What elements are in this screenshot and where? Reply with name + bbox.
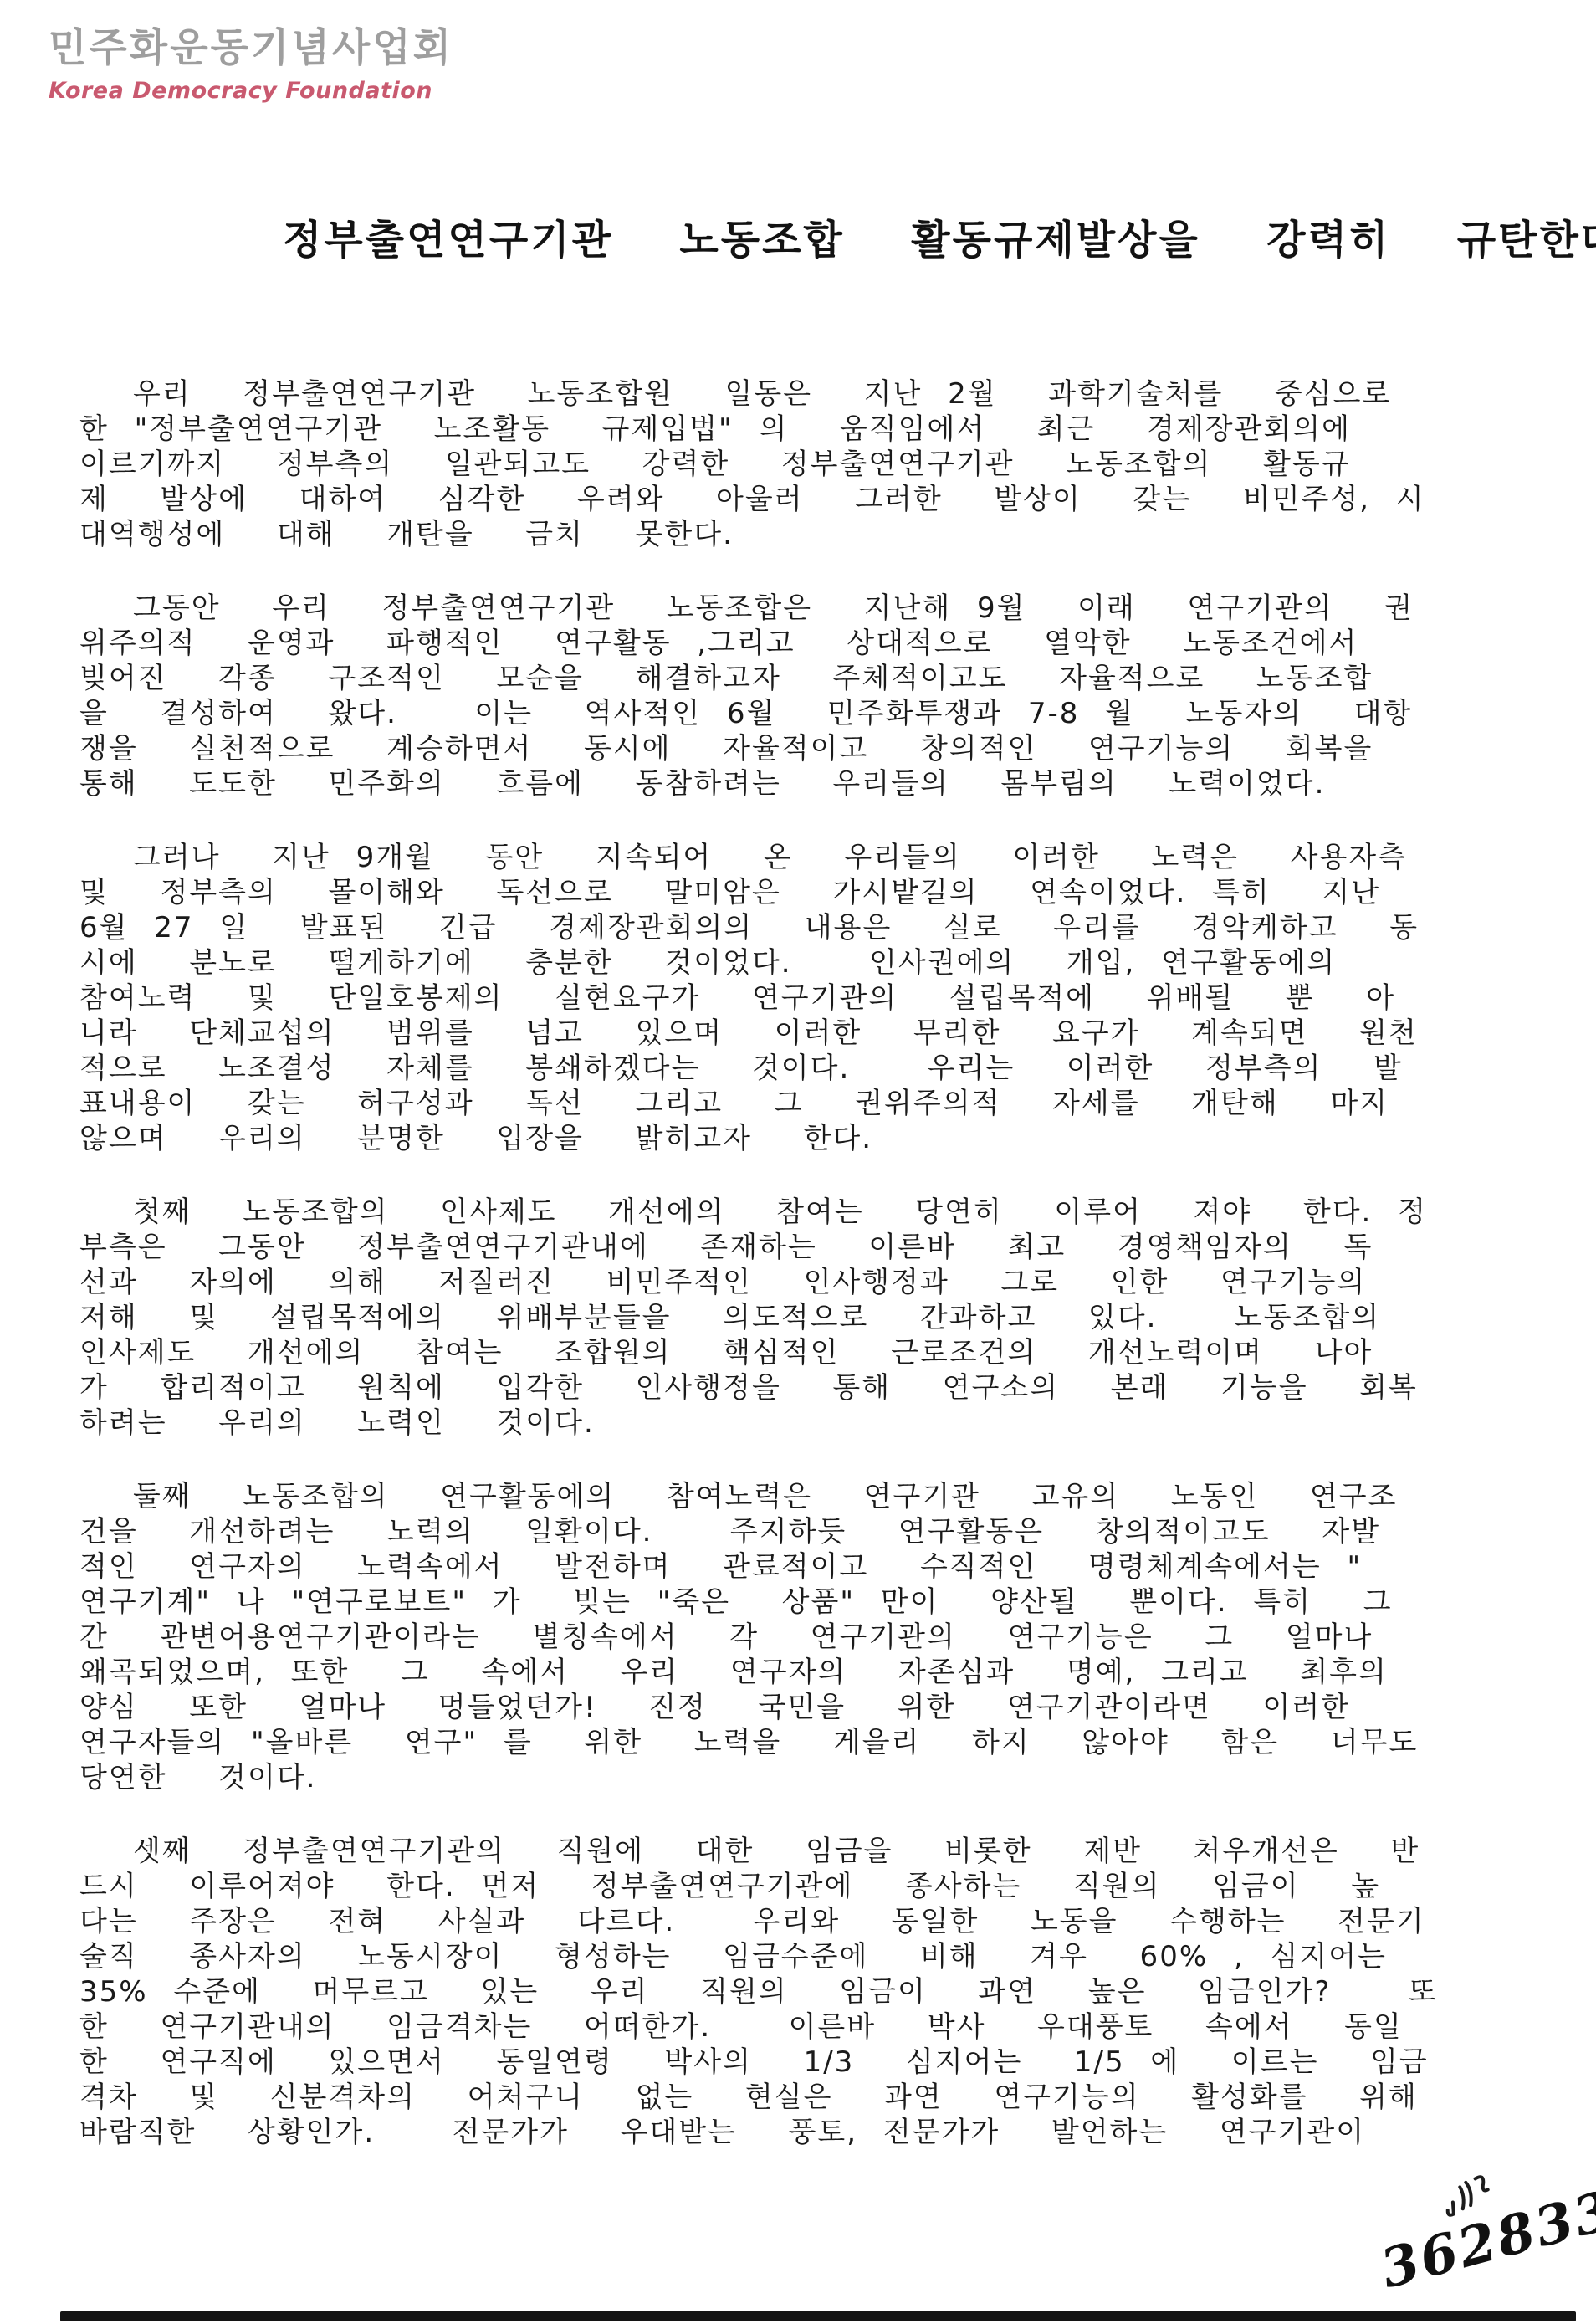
paragraph-2: 그동안 우리 정부출연연구기관 노동조합은 지난해 9월 이래 연구기관의 권 … (79, 591, 1557, 801)
paragraph-1: 우리 정부출연연구기관 노동조합원 일동은 지난 2월 과학기술처를 중심으로 … (79, 376, 1557, 552)
logo-korean-text: 민주화운동기념사업회 (49, 17, 453, 73)
paragraph-4: 첫째 노동조합의 인사제도 개선에의 참여는 당연히 이루어 져야 한다. 정 … (79, 1195, 1557, 1441)
logo-english-text: Korea Democracy Foundation (49, 78, 453, 104)
document-body: 우리 정부출연연구기관 노동조합원 일동은 지난 2월 과학기술처를 중심으로 … (79, 376, 1557, 2188)
scanned-document-page: 민주화운동기념사업회 Korea Democracy Foundation 정부… (0, 0, 1596, 2324)
document-title: 정부출연연구기관 노동조합 활동규제발상을 강력히 규탄한다. (283, 207, 1596, 265)
korea-democracy-foundation-logo: 민주화운동기념사업회 Korea Democracy Foundation (49, 17, 453, 104)
paragraph-6: 셋째 정부출연연구기관의 직원에 대한 임금을 비롯한 제반 처우개선은 반 드… (79, 1834, 1557, 2150)
paragraph-5: 둘째 노동조합의 연구활동에의 참여노력은 연구기관 고유의 노동인 연구조 건… (79, 1479, 1557, 1795)
scan-edge-artifact (60, 2311, 1576, 2321)
paragraph-3: 그러나 지난 9개월 동안 지속되어 온 우리들의 이러한 노력은 사용자측 및… (79, 840, 1557, 1156)
